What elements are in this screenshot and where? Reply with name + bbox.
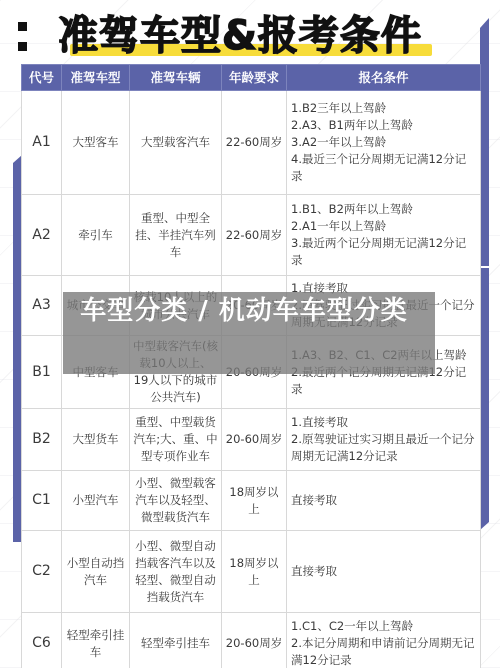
header-vehicles: 准驾车辆 bbox=[130, 65, 222, 91]
cell-age: 18周岁以上 bbox=[222, 531, 287, 613]
table-row: B2 大型货车 重型、中型载货汽车;大、重、中型专项作业车 20-60周岁 1.… bbox=[22, 409, 481, 471]
cell-vehicles: 小型、微型载客汽车以及轻型、微型载货汽车 bbox=[130, 471, 222, 531]
caption-text: 车型分类 / 机动车车型分类 bbox=[74, 294, 414, 328]
colon-dot-bottom bbox=[18, 42, 27, 51]
cell-code: C6 bbox=[22, 613, 62, 668]
cell-age: 20-60周岁 bbox=[222, 409, 287, 471]
header-type: 准驾车型 bbox=[62, 65, 130, 91]
condition-line: 1.B2三年以上驾龄 bbox=[291, 100, 477, 117]
cell-code: C2 bbox=[22, 531, 62, 613]
right-accent-bar-top bbox=[480, 18, 489, 266]
cell-vehicles: 轻型牵引挂车 bbox=[130, 613, 222, 668]
cell-age: 20-60周岁 bbox=[222, 613, 287, 668]
cell-vehicles: 小型、微型自动挡载客汽车以及轻型、微型自动挡载货汽车 bbox=[130, 531, 222, 613]
cell-conditions: 1.B1、B2两年以上驾龄 2.A1一年以上驾龄 3.最近两个记分周期无记满12… bbox=[287, 195, 481, 276]
cell-code: B1 bbox=[22, 336, 62, 409]
cell-code: A1 bbox=[22, 91, 62, 195]
condition-line: 3.最近两个记分周期无记满12分记录 bbox=[291, 235, 477, 269]
header-conditions: 报名条件 bbox=[287, 65, 481, 91]
cell-type: 小型自动挡汽车 bbox=[62, 531, 130, 613]
cell-conditions: 直接考取 bbox=[287, 471, 481, 531]
cell-type: 轻型牵引挂车 bbox=[62, 613, 130, 668]
condition-line: 1.C1、C2一年以上驾龄 bbox=[291, 618, 477, 635]
cell-type: 大型客车 bbox=[62, 91, 130, 195]
cell-type: 小型汽车 bbox=[62, 471, 130, 531]
page-title: 准驾车型&报考条件 bbox=[58, 4, 422, 61]
cell-age: 22-60周岁 bbox=[222, 91, 287, 195]
cell-vehicles: 重型、中型全挂、半挂汽车列车 bbox=[130, 195, 222, 276]
table-row: C1 小型汽车 小型、微型载客汽车以及轻型、微型载货汽车 18周岁以上 直接考取 bbox=[22, 471, 481, 531]
condition-line: 直接考取 bbox=[291, 492, 477, 509]
header-code: 代号 bbox=[22, 65, 62, 91]
condition-line: 3.A2一年以上驾龄 bbox=[291, 134, 477, 151]
cell-code: A3 bbox=[22, 276, 62, 336]
cell-age: 22-60周岁 bbox=[222, 195, 287, 276]
colon-dot-top bbox=[18, 22, 27, 31]
cell-vehicles: 重型、中型载货汽车;大、重、中型专项作业车 bbox=[130, 409, 222, 471]
condition-line: 4.最近三个记分周期无记满12分记录 bbox=[291, 151, 477, 185]
cell-age: 18周岁以上 bbox=[222, 471, 287, 531]
table-row: C6 轻型牵引挂车 轻型牵引挂车 20-60周岁 1.C1、C2一年以上驾龄 2… bbox=[22, 613, 481, 668]
condition-line: 1.直接考取 bbox=[291, 414, 477, 431]
cell-code: A2 bbox=[22, 195, 62, 276]
header-age: 年龄要求 bbox=[222, 65, 287, 91]
cell-code: C1 bbox=[22, 471, 62, 531]
cell-conditions: 1.B2三年以上驾龄 2.A3、B1两年以上驾龄 3.A2一年以上驾龄 4.最近… bbox=[287, 91, 481, 195]
table-row: A2 牵引车 重型、中型全挂、半挂汽车列车 22-60周岁 1.B1、B2两年以… bbox=[22, 195, 481, 276]
table-row: A1 大型客车 大型载客汽车 22-60周岁 1.B2三年以上驾龄 2.A3、B… bbox=[22, 91, 481, 195]
cell-conditions: 1.直接考取 2.原驾驶证过实习期且最近一个记分周期无记满12分记录 bbox=[287, 409, 481, 471]
cell-type: 大型货车 bbox=[62, 409, 130, 471]
condition-line: 1.B1、B2两年以上驾龄 bbox=[291, 201, 477, 218]
table-row: C2 小型自动挡汽车 小型、微型自动挡载客汽车以及轻型、微型自动挡载货汽车 18… bbox=[22, 531, 481, 613]
title-area: 准驾车型&报考条件 bbox=[0, 0, 500, 64]
table-header-row: 代号 准驾车型 准驾车辆 年龄要求 报名条件 bbox=[22, 65, 481, 91]
right-accent-bar-bottom bbox=[480, 268, 489, 530]
condition-line: 2.本记分周期和申请前记分周期无记满12分记录 bbox=[291, 635, 477, 668]
cell-vehicles: 大型载客汽车 bbox=[130, 91, 222, 195]
cell-conditions: 直接考取 bbox=[287, 531, 481, 613]
condition-line: 直接考取 bbox=[291, 563, 477, 580]
condition-line: 2.A1一年以上驾龄 bbox=[291, 218, 477, 235]
condition-line: 2.原驾驶证过实习期且最近一个记分周期无记满12分记录 bbox=[291, 431, 477, 465]
cell-code: B2 bbox=[22, 409, 62, 471]
condition-line: 2.A3、B1两年以上驾龄 bbox=[291, 117, 477, 134]
cell-type: 牵引车 bbox=[62, 195, 130, 276]
cell-conditions: 1.C1、C2一年以上驾龄 2.本记分周期和申请前记分周期无记满12分记录 bbox=[287, 613, 481, 668]
